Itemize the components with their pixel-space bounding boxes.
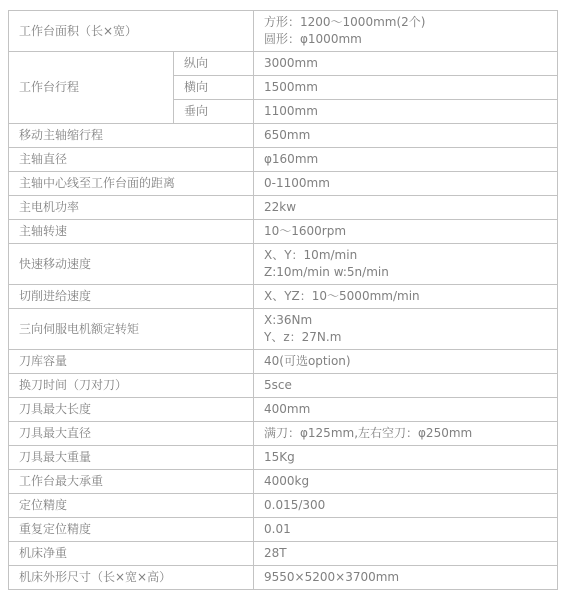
spec-value: X:36NmY、z：27N.m xyxy=(254,309,558,350)
spec-label: 主轴直径 xyxy=(9,148,254,172)
spec-page: 工作台面积（长×宽）方形：1200～1000mm(2个)圆形：φ1000mm工作… xyxy=(0,0,564,597)
spec-value: 方形：1200～1000mm(2个)圆形：φ1000mm xyxy=(254,11,558,52)
spec-value-line: Y、z：27N.m xyxy=(264,329,551,346)
spec-value-line: 1500mm xyxy=(264,79,551,96)
spec-value-line: 0.015/300 xyxy=(264,497,551,514)
spec-row: 主电机功率22kw xyxy=(9,196,558,220)
spec-row: 快速移动速度X、Y：10m/minZ:10m/min w:5n/min xyxy=(9,244,558,285)
spec-value: 0-1100mm xyxy=(254,172,558,196)
spec-row: 工作台面积（长×宽）方形：1200～1000mm(2个)圆形：φ1000mm xyxy=(9,11,558,52)
spec-row: 刀具最大重量15Kg xyxy=(9,446,558,470)
spec-label: 换刀时间（刀对刀） xyxy=(9,374,254,398)
spec-row: 工作台行程纵向3000mm xyxy=(9,52,558,76)
spec-value-line: X、YZ：10～5000mm/min xyxy=(264,288,551,305)
spec-value: 0.015/300 xyxy=(254,494,558,518)
spec-label: 机床净重 xyxy=(9,542,254,566)
spec-value-line: 9550×5200×3700mm xyxy=(264,569,551,586)
spec-value-line: 1100mm xyxy=(264,103,551,120)
spec-row: 切削进给速度X、YZ：10～5000mm/min xyxy=(9,285,558,309)
spec-label: 工作台最大承重 xyxy=(9,470,254,494)
spec-value: 40(可选option) xyxy=(254,350,558,374)
spec-value: 1500mm xyxy=(254,76,558,100)
spec-table-body: 工作台面积（长×宽）方形：1200～1000mm(2个)圆形：φ1000mm工作… xyxy=(9,11,558,590)
spec-label: 刀库容量 xyxy=(9,350,254,374)
spec-sub-label: 垂向 xyxy=(174,100,254,124)
spec-row: 换刀时间（刀对刀）5sce xyxy=(9,374,558,398)
spec-label: 重复定位精度 xyxy=(9,518,254,542)
spec-value-line: X、Y：10m/min xyxy=(264,247,551,264)
spec-value: 650mm xyxy=(254,124,558,148)
spec-value-line: 满刀：φ125mm,左右空刀：φ250mm xyxy=(264,425,551,442)
spec-label: 快速移动速度 xyxy=(9,244,254,285)
spec-row: 主轴中心线至工作台面的距离0-1100mm xyxy=(9,172,558,196)
spec-label: 主电机功率 xyxy=(9,196,254,220)
spec-sub-label: 纵向 xyxy=(174,52,254,76)
spec-label: 移动主轴缩行程 xyxy=(9,124,254,148)
spec-value-line: 方形：1200～1000mm(2个) xyxy=(264,14,551,31)
spec-row: 刀具最大长度400mm xyxy=(9,398,558,422)
spec-table: 工作台面积（长×宽）方形：1200～1000mm(2个)圆形：φ1000mm工作… xyxy=(8,10,558,590)
spec-value: 22kw xyxy=(254,196,558,220)
spec-row: 机床外形尺寸（长×宽×高）9550×5200×3700mm xyxy=(9,566,558,590)
spec-value-line: 0.01 xyxy=(264,521,551,538)
spec-label: 定位精度 xyxy=(9,494,254,518)
spec-group-label: 工作台行程 xyxy=(9,52,174,124)
spec-value-line: 28T xyxy=(264,545,551,562)
spec-value-line: 10～1600rpm xyxy=(264,223,551,240)
spec-value: 0.01 xyxy=(254,518,558,542)
spec-row: 机床净重28T xyxy=(9,542,558,566)
spec-value: φ160mm xyxy=(254,148,558,172)
spec-value: 5sce xyxy=(254,374,558,398)
spec-value-line: 0-1100mm xyxy=(264,175,551,192)
spec-row: 定位精度0.015/300 xyxy=(9,494,558,518)
spec-label: 机床外形尺寸（长×宽×高） xyxy=(9,566,254,590)
spec-label: 刀具最大重量 xyxy=(9,446,254,470)
spec-value: 9550×5200×3700mm xyxy=(254,566,558,590)
spec-label: 刀具最大直径 xyxy=(9,422,254,446)
spec-value: 28T xyxy=(254,542,558,566)
spec-value: 满刀：φ125mm,左右空刀：φ250mm xyxy=(254,422,558,446)
spec-value: 3000mm xyxy=(254,52,558,76)
spec-label: 工作台面积（长×宽） xyxy=(9,11,254,52)
spec-value-line: 40(可选option) xyxy=(264,353,551,370)
spec-row: 工作台最大承重4000kg xyxy=(9,470,558,494)
spec-label: 主轴转速 xyxy=(9,220,254,244)
spec-value-line: 5sce xyxy=(264,377,551,394)
spec-row: 主轴转速10～1600rpm xyxy=(9,220,558,244)
spec-value-line: 圆形：φ1000mm xyxy=(264,31,551,48)
spec-value: 10～1600rpm xyxy=(254,220,558,244)
spec-row: 刀库容量40(可选option) xyxy=(9,350,558,374)
spec-value-line: 4000kg xyxy=(264,473,551,490)
spec-value-line: 15Kg xyxy=(264,449,551,466)
spec-label: 三向伺服电机额定转矩 xyxy=(9,309,254,350)
spec-value: 4000kg xyxy=(254,470,558,494)
spec-value: 1100mm xyxy=(254,100,558,124)
spec-value-line: X:36Nm xyxy=(264,312,551,329)
spec-value: 400mm xyxy=(254,398,558,422)
spec-value-line: 400mm xyxy=(264,401,551,418)
spec-value: X、YZ：10～5000mm/min xyxy=(254,285,558,309)
spec-value-line: 650mm xyxy=(264,127,551,144)
spec-label: 主轴中心线至工作台面的距离 xyxy=(9,172,254,196)
spec-row: 重复定位精度0.01 xyxy=(9,518,558,542)
spec-value-line: 3000mm xyxy=(264,55,551,72)
spec-row: 主轴直径φ160mm xyxy=(9,148,558,172)
spec-label: 刀具最大长度 xyxy=(9,398,254,422)
spec-value: 15Kg xyxy=(254,446,558,470)
spec-value: X、Y：10m/minZ:10m/min w:5n/min xyxy=(254,244,558,285)
spec-value-line: 22kw xyxy=(264,199,551,216)
spec-value-line: Z:10m/min w:5n/min xyxy=(264,264,551,281)
spec-row: 刀具最大直径满刀：φ125mm,左右空刀：φ250mm xyxy=(9,422,558,446)
spec-row: 移动主轴缩行程650mm xyxy=(9,124,558,148)
spec-sub-label: 横向 xyxy=(174,76,254,100)
spec-value-line: φ160mm xyxy=(264,151,551,168)
spec-label: 切削进给速度 xyxy=(9,285,254,309)
spec-row: 三向伺服电机额定转矩X:36NmY、z：27N.m xyxy=(9,309,558,350)
